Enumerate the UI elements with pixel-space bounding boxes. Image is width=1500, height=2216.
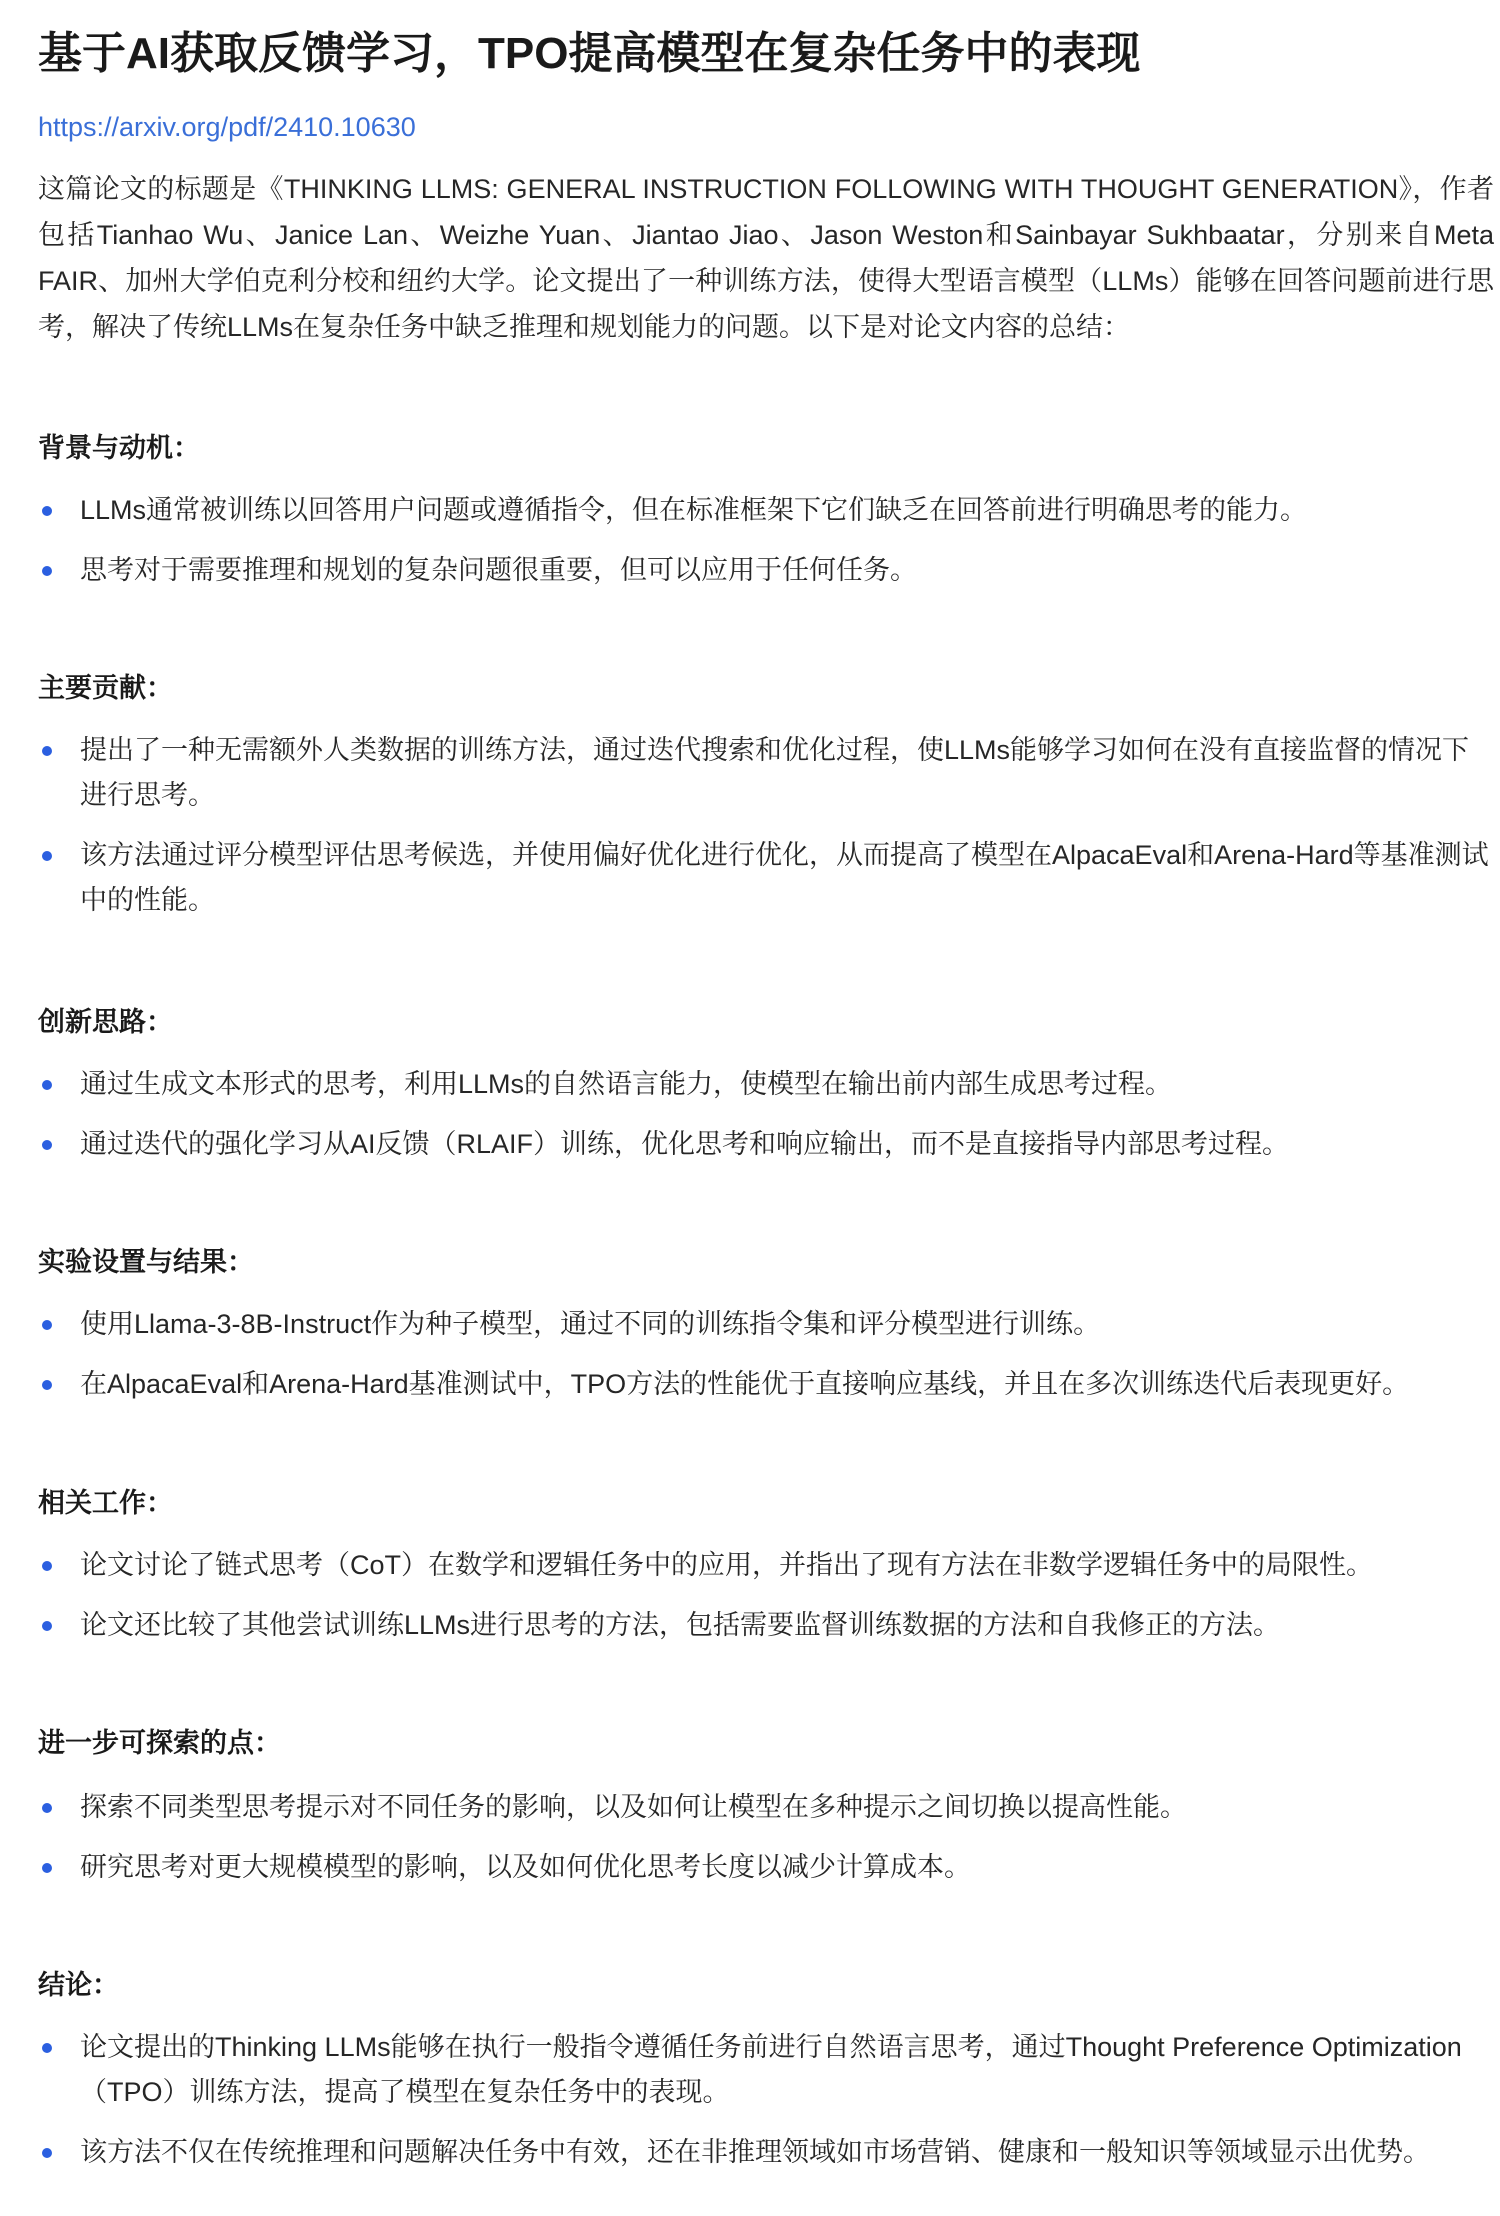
bullet-icon — [42, 1080, 52, 1090]
list-item: 该方法通过评分模型评估思考候选，并使用偏好优化进行优化，从而提高了模型在Alpa… — [38, 833, 1492, 923]
section-heading: 进一步可探索的点： — [38, 1725, 1494, 1761]
bullet-icon — [42, 2043, 52, 2053]
bullet-icon — [42, 746, 52, 756]
bullet-icon — [42, 1140, 52, 1150]
list-item: 探索不同类型思考提示对不同任务的影响，以及如何让模型在多种提示之间切换以提高性能… — [38, 1785, 1492, 1830]
bullet-icon — [42, 1803, 52, 1813]
page-title: 基于AI获取反馈学习，TPO提高模型在复杂任务中的表现 — [38, 26, 1140, 82]
list-item: 研究思考对更大规模模型的影响，以及如何优化思考长度以减少计算成本。 — [38, 1845, 1492, 1890]
list-item: 论文讨论了链式思考（CoT）在数学和逻辑任务中的应用，并指出了现有方法在非数学逻… — [38, 1543, 1492, 1588]
section-heading: 结论： — [38, 1967, 1494, 2003]
section-contributions: 主要贡献： 提出了一种无需额外人类数据的训练方法，通过迭代搜索和优化过程，使LL… — [38, 670, 1494, 923]
list-item: LLMs通常被训练以回答用户问题或遵循指令，但在标准框架下它们缺乏在回答前进行明… — [38, 488, 1492, 533]
section-conclusion: 结论： 论文提出的Thinking LLMs能够在执行一般指令遵循任务前进行自然… — [38, 1967, 1494, 2175]
list-item: 论文还比较了其他尝试训练LLMs进行思考的方法，包括需要监督训练数据的方法和自我… — [38, 1603, 1492, 1648]
list-item: 通过迭代的强化学习从AI反馈（RLAIF）训练，优化思考和响应输出，而不是直接指… — [38, 1122, 1492, 1167]
list-item: 在AlpacaEval和Arena-Hard基准测试中，TPO方法的性能优于直接… — [38, 1362, 1492, 1407]
bullet-icon — [42, 506, 52, 516]
section-heading: 创新思路： — [38, 1004, 1494, 1040]
list-item: 思考对于需要推理和规划的复杂问题很重要，但可以应用于任何任务。 — [38, 548, 1492, 593]
section-heading: 背景与动机： — [38, 430, 1494, 466]
list-item: 使用Llama-3-8B-Instruct作为种子模型，通过不同的训练指令集和评… — [38, 1302, 1492, 1347]
section-innovation: 创新思路： 通过生成文本形式的思考，利用LLMs的自然语言能力，使模型在输出前内… — [38, 1004, 1494, 1167]
intro-paragraph: 这篇论文的标题是《THINKING LLMS: GENERAL INSTRUCT… — [38, 166, 1494, 350]
section-heading: 主要贡献： — [38, 670, 1494, 706]
section-further-exploration: 进一步可探索的点： 探索不同类型思考提示对不同任务的影响，以及如何让模型在多种提… — [38, 1725, 1494, 1890]
section-background: 背景与动机： LLMs通常被训练以回答用户问题或遵循指令，但在标准框架下它们缺乏… — [38, 430, 1494, 593]
list-item: 提出了一种无需额外人类数据的训练方法，通过迭代搜索和优化过程，使LLMs能够学习… — [38, 728, 1492, 818]
bullet-icon — [42, 1863, 52, 1873]
bullet-icon — [42, 1561, 52, 1571]
section-related-work: 相关工作： 论文讨论了链式思考（CoT）在数学和逻辑任务中的应用，并指出了现有方… — [38, 1485, 1494, 1648]
section-heading: 实验设置与结果： — [38, 1244, 1494, 1280]
paper-link[interactable]: https://arxiv.org/pdf/2410.10630 — [38, 110, 416, 144]
section-heading: 相关工作： — [38, 1485, 1494, 1521]
bullet-icon — [42, 1380, 52, 1390]
section-experiments: 实验设置与结果： 使用Llama-3-8B-Instruct作为种子模型，通过不… — [38, 1244, 1494, 1407]
bullet-icon — [42, 1621, 52, 1631]
bullet-icon — [42, 1320, 52, 1330]
list-item: 该方法不仅在传统推理和问题解决任务中有效，还在非推理领域如市场营销、健康和一般知… — [38, 2130, 1492, 2175]
bullet-icon — [42, 2148, 52, 2158]
bullet-icon — [42, 566, 52, 576]
bullet-icon — [42, 851, 52, 861]
list-item: 论文提出的Thinking LLMs能够在执行一般指令遵循任务前进行自然语言思考… — [38, 2025, 1492, 2115]
list-item: 通过生成文本形式的思考，利用LLMs的自然语言能力，使模型在输出前内部生成思考过… — [38, 1062, 1492, 1107]
